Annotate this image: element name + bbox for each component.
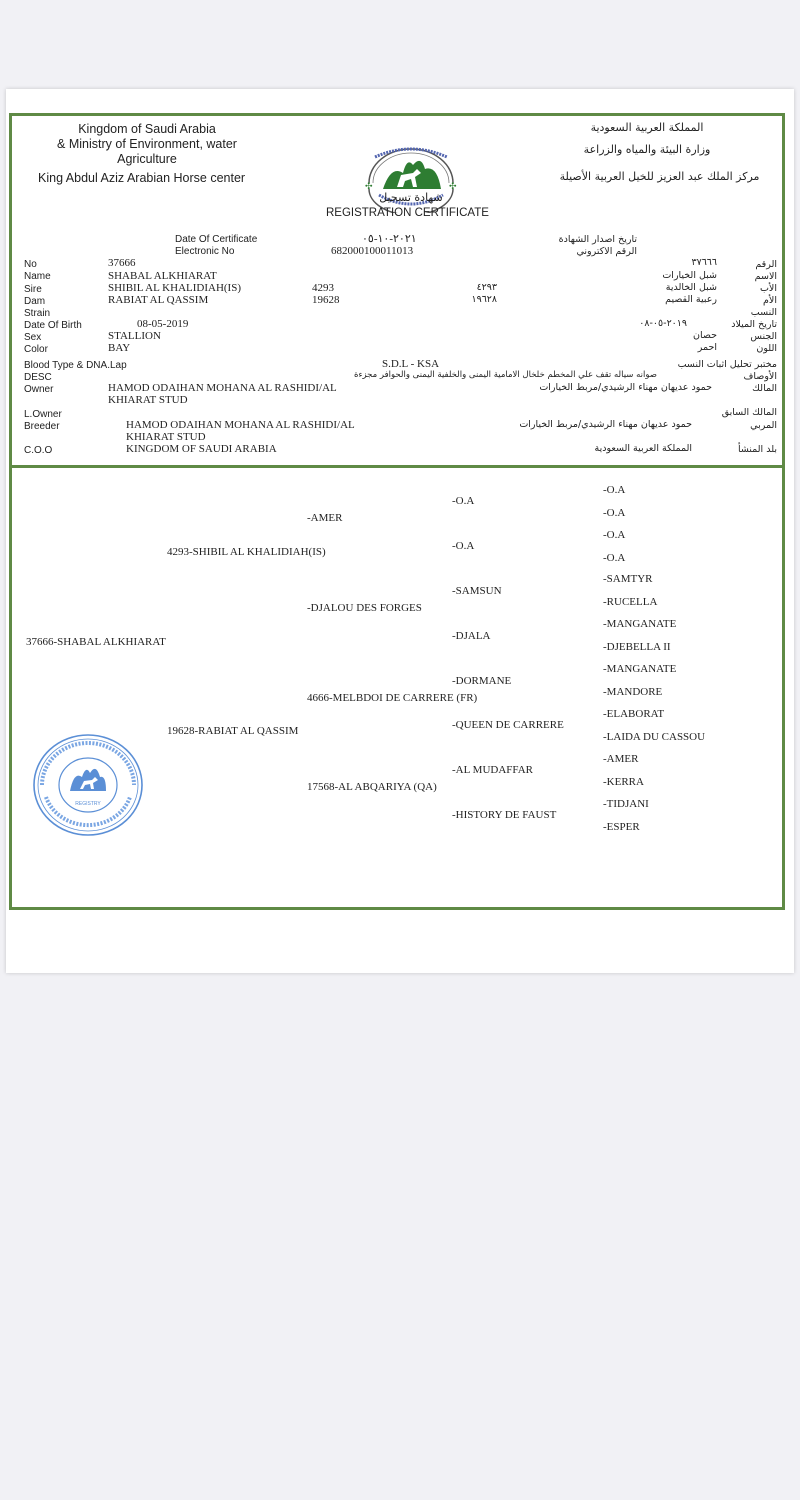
pedigree-gen2: 17568-AL ABQARIYA (QA) (307, 781, 437, 793)
header-en-center-name: King Abdul Aziz Arabian Horse center (38, 171, 245, 186)
color-value-ar: احمر (642, 342, 717, 353)
date-of-certificate-label-ar: تاريخ اصدار الشهادة (547, 234, 637, 245)
owner-value-line2: KHIARAT STUD (108, 394, 188, 406)
pedigree-gen2: -DJALOU DES FORGES (307, 602, 422, 614)
pedigree-horse: 37666-SHABAL ALKHIARAT (26, 636, 166, 648)
breeder-label-ar: المربي (712, 420, 777, 431)
date-of-certificate-label: Date Of Certificate (175, 234, 257, 245)
electronic-no-label-ar: الرقم الاكتروني (547, 246, 637, 257)
coo-label-ar: بلد المنشأ (712, 444, 777, 455)
dob-label-ar: تاريخ الميلاد (702, 319, 777, 330)
pedigree-gen3: -O.A (452, 540, 474, 552)
pedigree-gen4: -O.A (603, 484, 625, 496)
sex-value: STALLION (108, 330, 161, 342)
name-value-ar: شبل الخيارات (612, 270, 717, 281)
date-of-certificate-value: ٢٠٢١-١٠-٠٥ (362, 232, 417, 245)
pedigree-gen1: 4293-SHIBIL AL KHALIDIAH(IS) (167, 546, 326, 558)
header-en-block: Kingdom of Saudi Arabia & Ministry of En… (32, 122, 262, 167)
sire-value-ar: شبل الخالدية (592, 282, 717, 293)
sire-label-ar: الأب (712, 283, 777, 294)
desc-label: DESC (24, 372, 52, 383)
pedigree-gen3: -QUEEN DE CARRERE (452, 719, 564, 731)
registry-stamp-icon: REGISTRY (32, 733, 144, 837)
pedigree-gen4: -KERRA (603, 776, 644, 788)
svg-text:✣: ✣ (449, 181, 457, 191)
pedigree-gen2: -AMER (307, 512, 342, 524)
certificate-page: Kingdom of Saudi Arabia & Ministry of En… (6, 89, 794, 973)
sire-reg-ar: ٤٢٩٣ (442, 282, 497, 293)
pedigree-gen4: -O.A (603, 529, 625, 541)
color-label: Color (24, 344, 48, 355)
owner-value-line1: HAMOD ODAIHAN MOHANA AL RASHIDI/AL (108, 382, 337, 394)
name-value: SHABAL ALKHIARAT (108, 270, 217, 282)
lowner-label: L.Owner (24, 409, 62, 420)
pedigree-gen3: -DJALA (452, 630, 491, 642)
breeder-value-line1: HAMOD ODAIHAN MOHANA AL RASHIDI/AL (126, 419, 355, 431)
header-ar-line: مركز الملك عبد العزيز للخيل العربية الأص… (552, 170, 767, 183)
title-en: REGISTRATION CERTIFICATE (326, 207, 489, 219)
pedigree-gen3: -DORMANE (452, 675, 511, 687)
dam-value: RABIAT AL QASSIM (108, 294, 208, 306)
header-en-line: Kingdom of Saudi Arabia (32, 122, 262, 137)
section-divider (12, 465, 782, 468)
pedigree-gen3: -HISTORY DE FAUST (452, 809, 556, 821)
pedigree-gen4: -TIDJANI (603, 798, 649, 810)
pedigree-gen4: -LAIDA DU CASSOU (603, 731, 705, 743)
name-label: Name (24, 271, 51, 282)
no-label: No (24, 259, 37, 270)
title-ar: شهادة تسجيل (371, 191, 451, 204)
pedigree-gen4: -MANGANATE (603, 663, 676, 675)
no-label-ar: الرقم (712, 259, 777, 270)
electronic-no-label: Electronic No (175, 246, 234, 257)
coo-label: C.O.O (24, 445, 52, 456)
pedigree-gen4: -MANDORE (603, 686, 662, 698)
certificate-frame: Kingdom of Saudi Arabia & Ministry of En… (9, 113, 785, 910)
breeder-value-ar: حمود عديهان مهناء الرشيدي/مربط الخيارات (482, 419, 692, 430)
no-value: 37666 (108, 257, 136, 269)
color-value: BAY (108, 342, 130, 354)
pedigree-gen4: -ESPER (603, 821, 640, 833)
owner-label-ar: المالك (712, 383, 777, 394)
owner-value-ar: حمود عديهان مهناء الرشيدي/مربط الخيارات (502, 382, 712, 393)
color-label-ar: اللون (712, 343, 777, 354)
pedigree-gen3: -AL MUDAFFAR (452, 764, 533, 776)
pedigree-gen4: -O.A (603, 552, 625, 564)
pedigree-gen4: -AMER (603, 753, 638, 765)
desc-value-ar: صوانه سياله تقف علي المخطم خلخال الامامي… (252, 370, 657, 380)
breeder-value-line2: KHIARAT STUD (126, 431, 206, 443)
stamp-text: REGISTRY (75, 801, 101, 807)
pedigree-gen4: -MANGANATE (603, 618, 676, 630)
sire-value: SHIBIL AL KHALIDIAH(IS) (108, 282, 241, 294)
blood-type-label: Blood Type & DNA.Lap (24, 360, 127, 371)
electronic-no-value: 682000100011013 (331, 245, 413, 257)
header-ar-line: وزارة البيئة والمياه والزراعة (562, 143, 732, 156)
dam-reg-ar: ١٩٦٢٨ (442, 294, 497, 305)
sex-label: Sex (24, 332, 41, 343)
dob-label: Date Of Birth (24, 320, 82, 331)
pedigree-gen3: -O.A (452, 495, 474, 507)
desc-label-ar: الأوصاف (712, 371, 777, 382)
svg-text:✣: ✣ (365, 181, 373, 191)
pedigree-gen3: -SAMSUN (452, 585, 502, 597)
blood-type-label-ar: مختبر تحليل اثبات النسب (652, 359, 777, 370)
dob-value: 08-05-2019 (137, 318, 188, 330)
pedigree-gen1: 19628-RABIAT AL QASSIM (167, 725, 298, 737)
pedigree-gen4: -RUCELLA (603, 596, 657, 608)
dam-label: Dam (24, 296, 45, 307)
sire-label: Sire (24, 284, 42, 295)
dam-label-ar: الأم (712, 295, 777, 306)
blood-type-value: S.D.L - KSA (382, 358, 439, 370)
breeder-label: Breeder (24, 421, 60, 432)
strain-label: Strain (24, 308, 50, 319)
name-label-ar: الاسم (712, 271, 777, 282)
dob-value-ar: ٢٠١٩-٠٥-٠٨ (582, 318, 687, 329)
strain-label-ar: النسب (712, 307, 777, 318)
lowner-label-ar: المالك السابق (702, 407, 777, 418)
header-ar-line: المملكة العربية السعودية (572, 121, 722, 134)
sex-value-ar: حصان (642, 330, 717, 341)
header-en-line: & Ministry of Environment, water (32, 137, 262, 152)
no-value-ar: ٣٧٦٦٦ (612, 257, 717, 268)
coo-value-ar: المملكة العربية السعودية (552, 443, 692, 454)
pedigree-gen4: -O.A (603, 507, 625, 519)
sex-label-ar: الجنس (712, 331, 777, 342)
sire-reg: 4293 (312, 282, 334, 294)
pedigree-gen2: 4666-MELBDOI DE CARRERE (FR) (307, 692, 477, 704)
dam-reg: 19628 (312, 294, 340, 306)
pedigree-gen4: -SAMTYR (603, 573, 653, 585)
pedigree-gen4: -DJEBELLA II (603, 641, 671, 653)
owner-label: Owner (24, 384, 53, 395)
header-en-line: Agriculture (32, 152, 262, 167)
pedigree-gen4: -ELABORAT (603, 708, 664, 720)
dam-value-ar: رعبية القصيم (592, 294, 717, 305)
coo-value: KINGDOM OF SAUDI ARABIA (126, 443, 277, 455)
